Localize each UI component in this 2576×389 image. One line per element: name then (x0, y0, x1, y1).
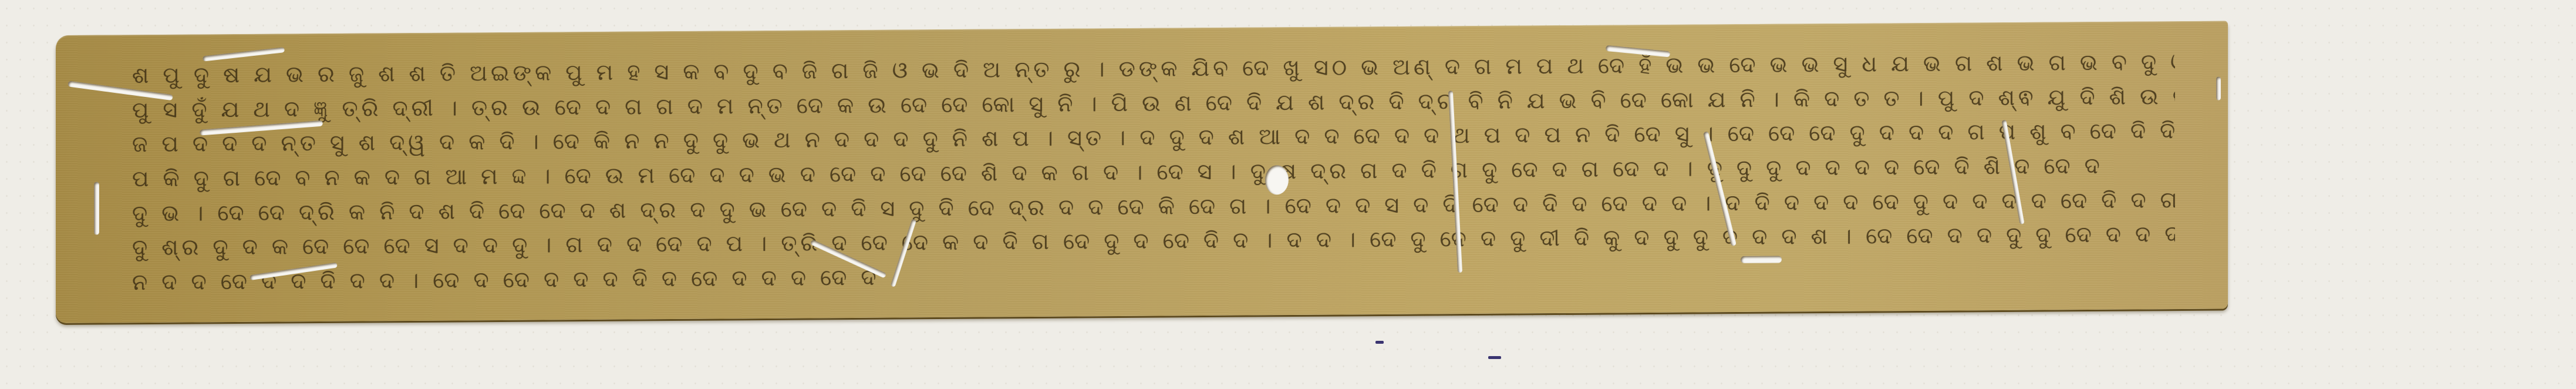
worm-track (94, 182, 99, 235)
worm-track (2216, 77, 2221, 100)
worm-track (1741, 256, 1782, 263)
blue-marker-tick (1375, 341, 1384, 344)
manuscript-text-block: ଶ ପୁ ଦୁ ଷ ଯ ଭ ର ଜୁ ଶ ଶ ତି ଅଇଙ୍କ ପୁ ମ ହ ସ… (132, 45, 2175, 299)
palm-leaf-manuscript: ଶ ପୁ ଦୁ ଷ ଯ ଭ ର ଜୁ ଶ ଶ ତି ଅଇଙ୍କ ପୁ ମ ହ ସ… (56, 21, 2228, 323)
blue-marker-tick (1488, 356, 1501, 359)
binding-hole (1265, 165, 1289, 195)
